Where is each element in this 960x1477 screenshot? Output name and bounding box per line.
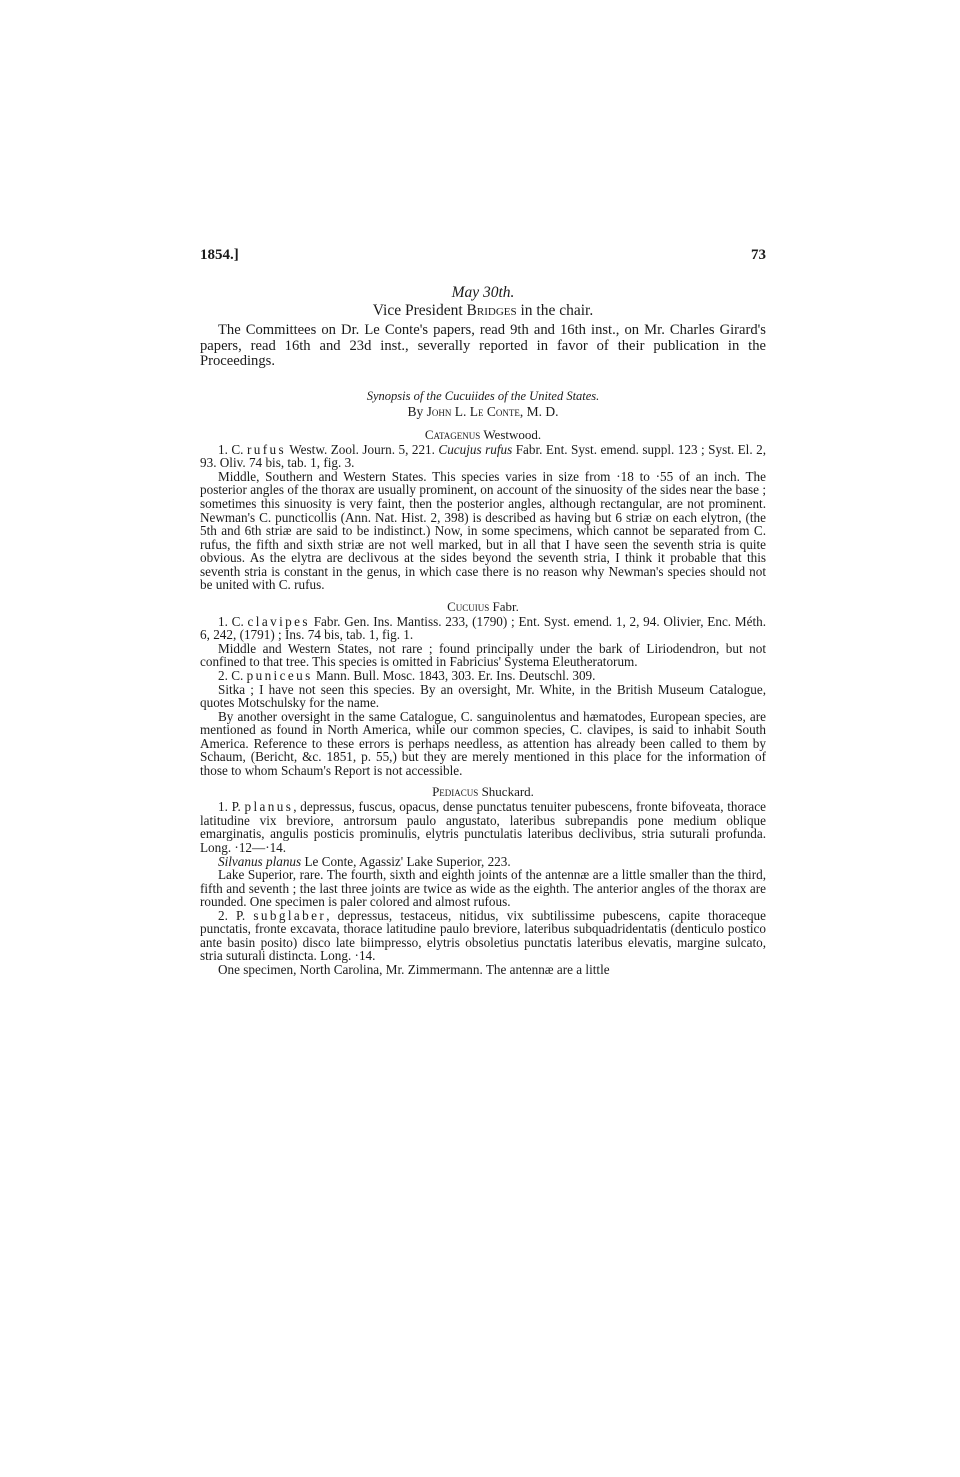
genus-authority: Fabr. (489, 599, 519, 614)
genus-heading: Cucuius Fabr. (200, 598, 766, 615)
species-entry: 1. C. clavipes Fabr. Gen. Ins. Mantiss. … (200, 615, 766, 642)
species-notes: Sitka ; I have not seen this species. By… (200, 683, 766, 710)
genus-authority: Westwood. (480, 427, 541, 442)
meeting-date: May 30th. (200, 284, 766, 302)
species-entry: 1. P. planus, depressus, fuscus, opacus,… (200, 800, 766, 854)
genus-name: Pediacus (432, 784, 478, 799)
author-name: John L. Le Conte (427, 404, 520, 419)
genus-heading: Pediacus Shuckard. (200, 783, 766, 800)
meeting-chair: Vice President Bridges in the chair. (200, 302, 766, 320)
document-page: 1854.] 73 May 30th. Vice President Bridg… (200, 244, 766, 976)
article-byline: By John L. Le Conte, M. D. (200, 404, 766, 420)
entry-number: 2. C. (218, 668, 247, 683)
byline-suffix: , M. D. (520, 404, 559, 419)
species-entry: 2. C. puniceus Mann. Bull. Mosc. 1843, 3… (200, 669, 766, 683)
citation: Mann. Bull. Mosc. 1843, 303. Er. Ins. De… (313, 668, 596, 683)
running-head-year: 1854.] (200, 244, 239, 266)
page-number: 73 (751, 244, 766, 266)
chair-suffix: in the chair. (517, 302, 594, 319)
chair-prefix: Vice President (373, 302, 467, 319)
genus-name: Cucuius (447, 599, 489, 614)
species-notes: Lake Superior, rare. The fourth, sixth a… (200, 868, 766, 909)
byline-prefix: By (407, 404, 426, 419)
genus-name: Catagenus (425, 427, 480, 442)
species-notes: One specimen, North Carolina, Mr. Zimmer… (200, 963, 766, 977)
species-notes: Middle, Southern and Western States. Thi… (200, 470, 766, 592)
species-name: puniceus (247, 668, 313, 683)
species-notes: By another oversight in the same Catalog… (200, 710, 766, 778)
species-entry: 1. C. rufus Westw. Zool. Journ. 5, 221. … (200, 443, 766, 470)
species-entry: 2. P. subglaber, depressus, testaceus, n… (200, 909, 766, 963)
synonym-line: Silvanus planus Le Conte, Agassiz' Lake … (200, 855, 766, 869)
genus-authority: Shuckard. (478, 784, 534, 799)
article-title: Synopsis of the Cucuiides of the United … (200, 388, 766, 404)
genus-heading: Catagenus Westwood. (200, 426, 766, 443)
running-head: 1854.] 73 (200, 244, 766, 266)
species-notes: Middle and Western States, not rare ; fo… (200, 642, 766, 669)
committee-report: The Committees on Dr. Le Conte's papers,… (200, 323, 766, 370)
chair-name: Bridges (467, 302, 517, 319)
citation-synonym: Cucujus rufus (438, 442, 512, 457)
